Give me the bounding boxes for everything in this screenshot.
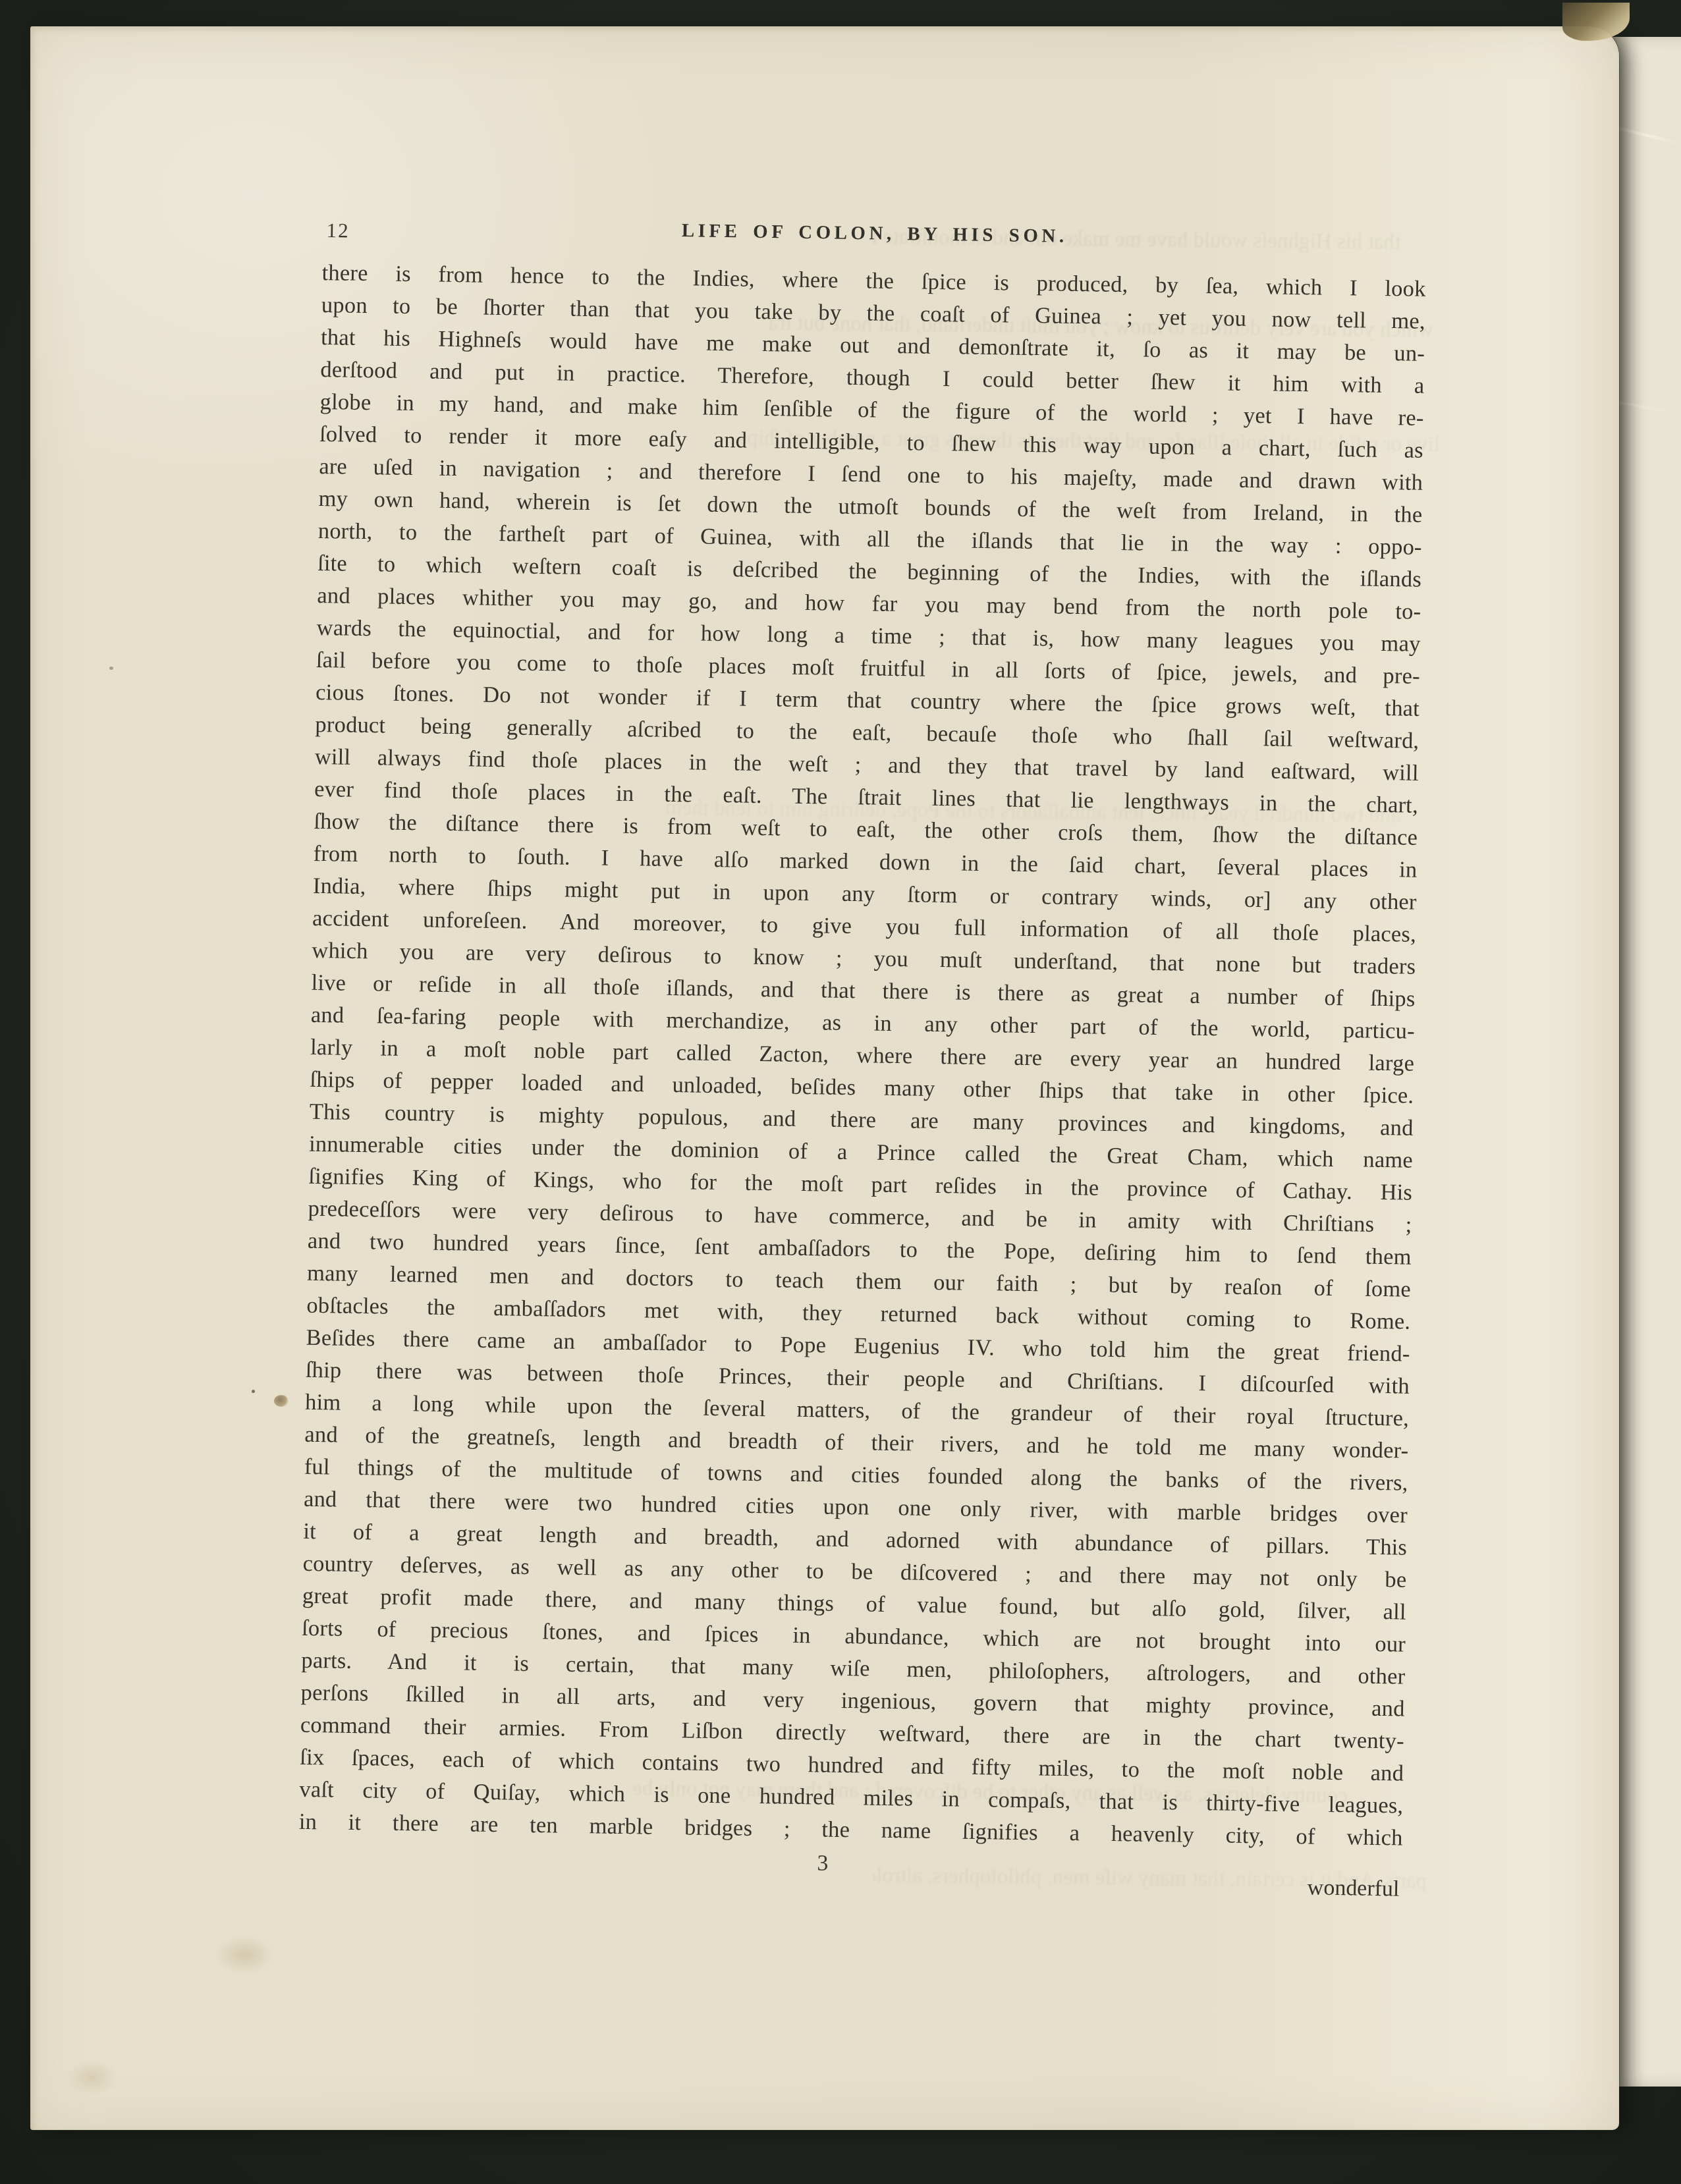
paper-speck bbox=[252, 1390, 255, 1393]
curled-page-corner bbox=[1562, 3, 1630, 41]
paper-crease bbox=[1611, 400, 1676, 414]
paper-stain bbox=[66, 2059, 119, 2096]
scanned-book-photo: that his Highneſs would have me make out… bbox=[0, 0, 1681, 2184]
body-text: there is from hence to the Indies, where… bbox=[298, 257, 1425, 1855]
page-number: 12 bbox=[326, 219, 350, 243]
printed-area: 12 LIFE OF COLON, BY HIS SON. there is f… bbox=[298, 215, 1427, 1932]
paper-speck bbox=[109, 667, 113, 670]
catchword: wonderful bbox=[1307, 1875, 1399, 1901]
paper-fleck bbox=[274, 1395, 289, 1407]
page-header: 12 LIFE OF COLON, BY HIS SON. bbox=[322, 215, 1427, 263]
paper-crease bbox=[1616, 126, 1681, 146]
running-title: LIFE OF COLON, BY HIS SON. bbox=[323, 215, 1427, 253]
next-page-edge bbox=[1610, 37, 1681, 2087]
page-footer: 3 wonderful bbox=[298, 1843, 1402, 1932]
book-page: that his Highneſs would have me make out… bbox=[30, 26, 1619, 2130]
paper-stain bbox=[215, 1935, 274, 1975]
